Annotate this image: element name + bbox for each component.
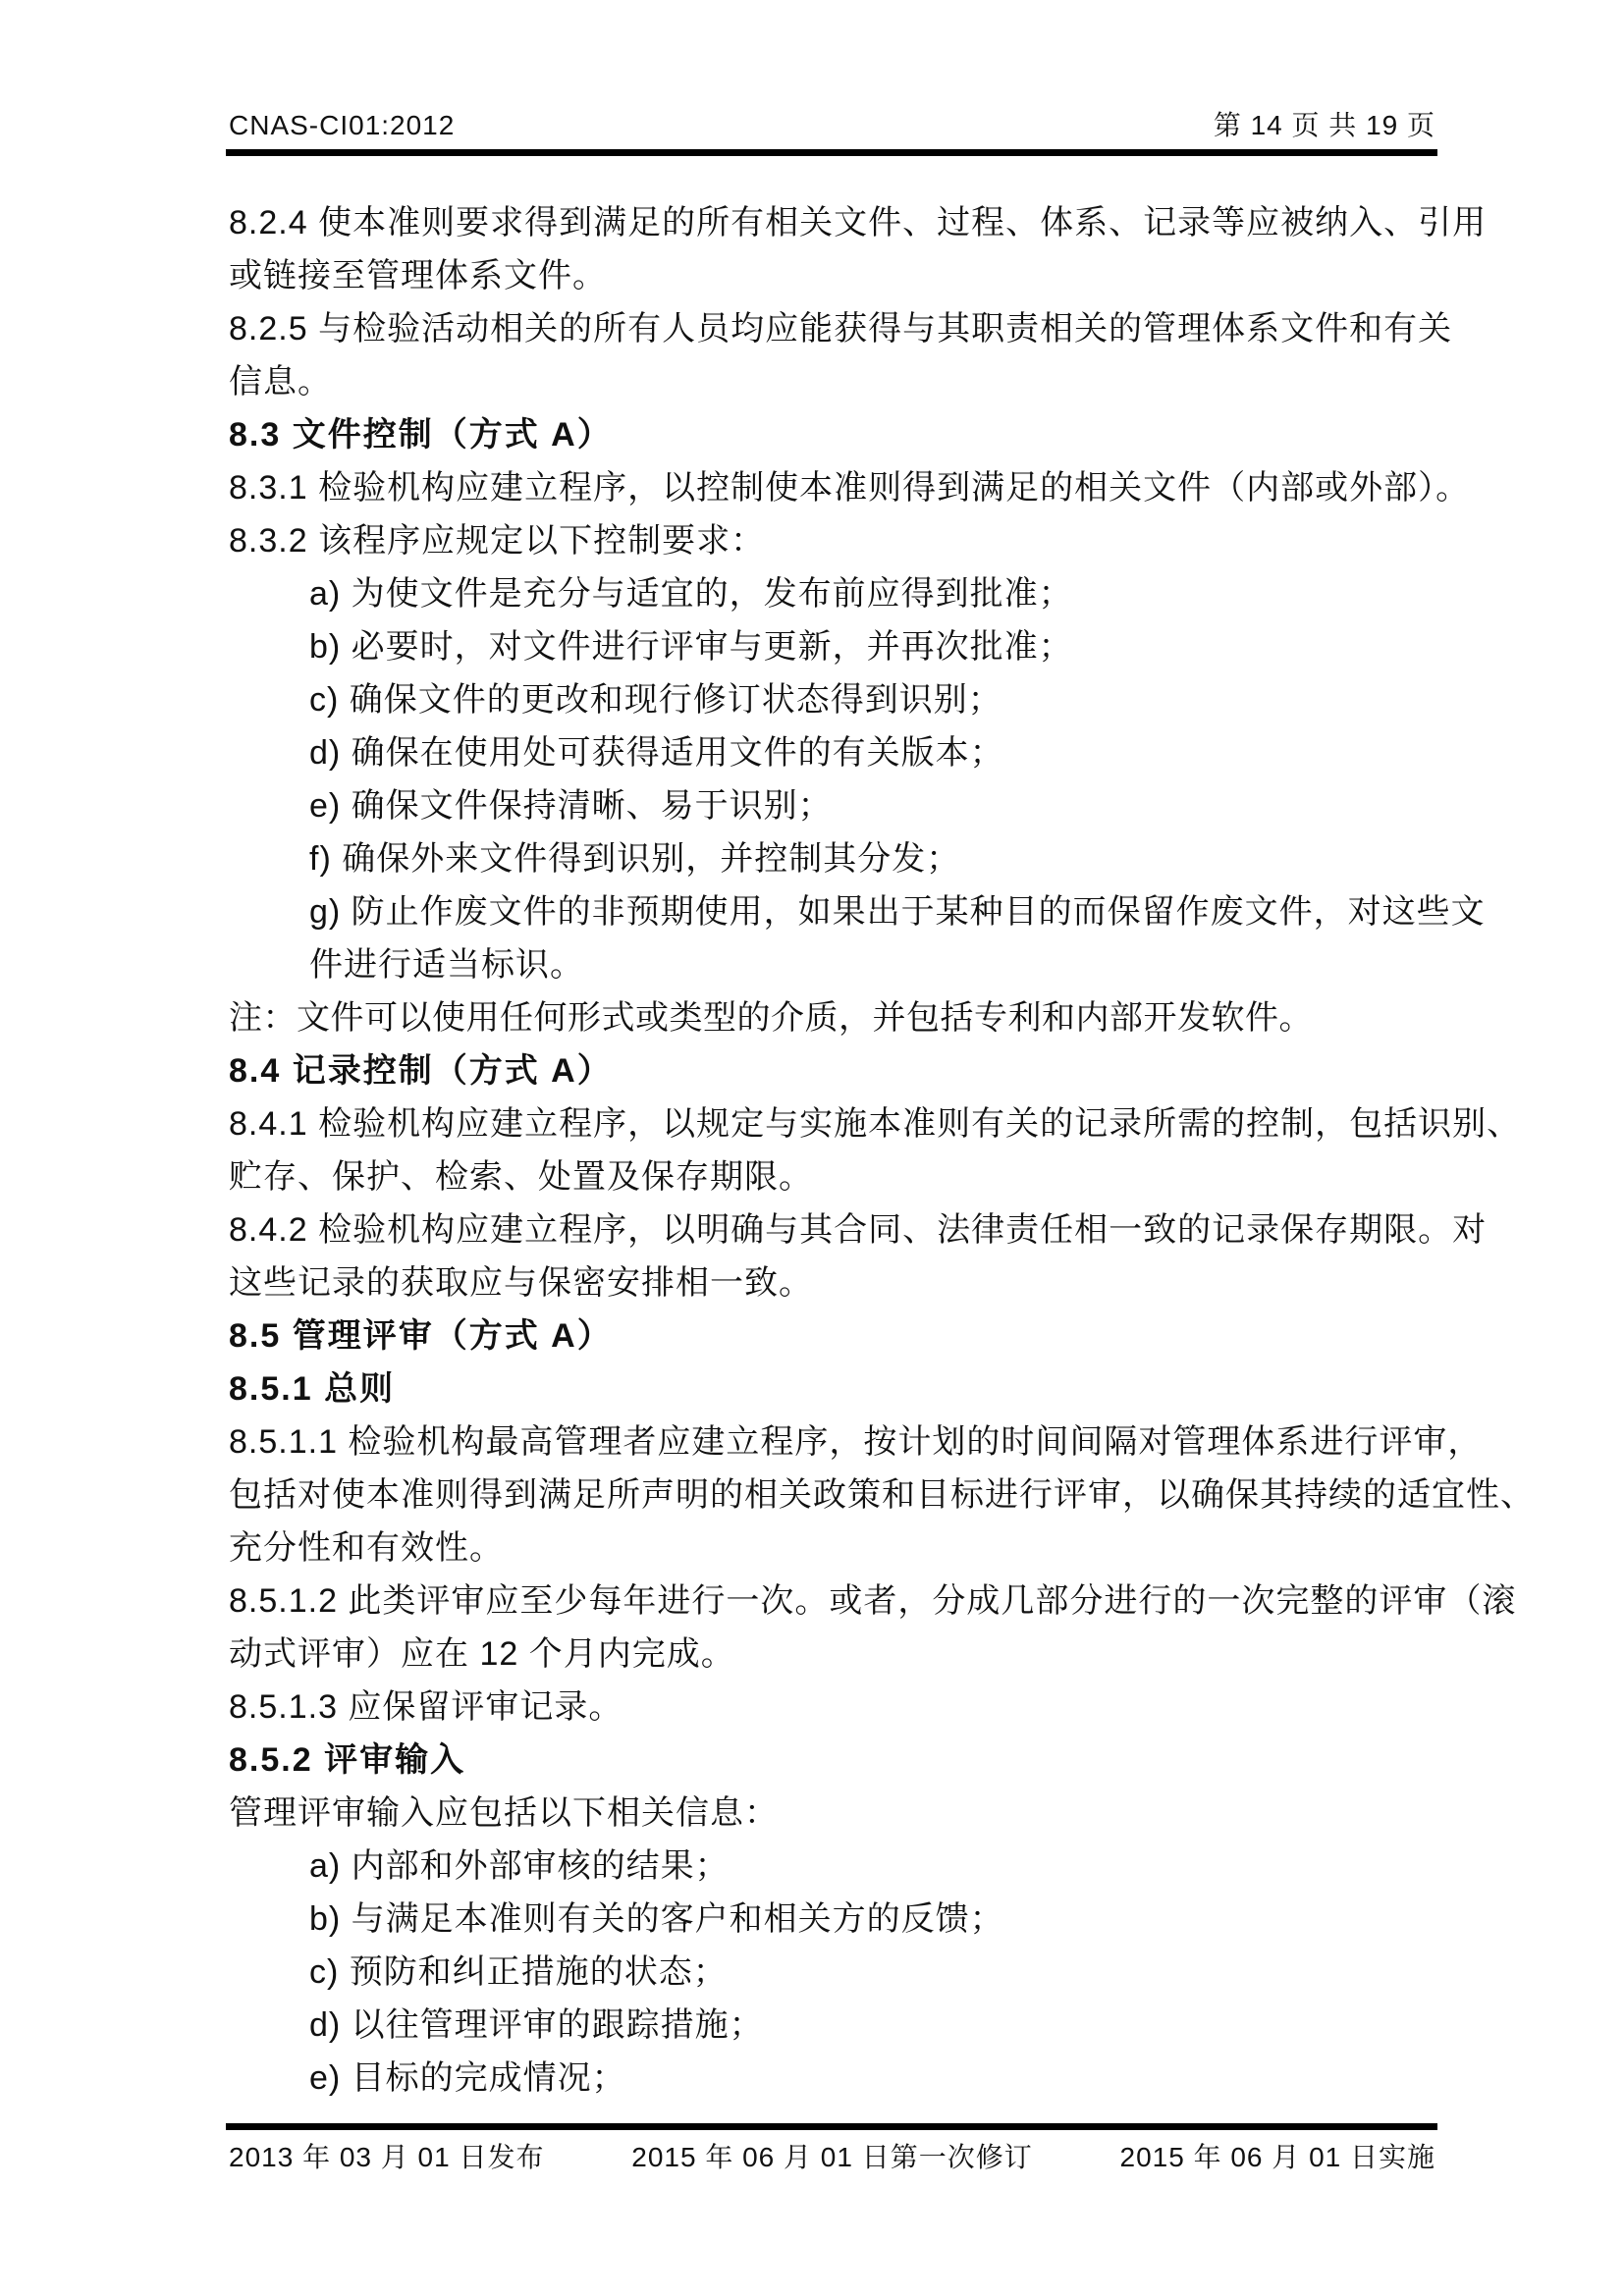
doc-line: b) 必要时，对文件进行评审与更新，并再次批准； (229, 620, 1446, 673)
doc-line: e) 确保文件保持清晰、易于识别； (229, 779, 1446, 832)
doc-line: 8.3.2 该程序应规定以下控制要求： (229, 514, 1446, 567)
doc-line: 或链接至管理体系文件。 (229, 249, 1446, 302)
document-page: CNAS-CI01:2012 第 14 页 共 19 页 8.2.4 使本准则要… (0, 0, 1624, 2296)
footer-revision-date: 2015 年 06 月 01 日第一次修订 (583, 2138, 1080, 2177)
doc-line: 8.5 管理评审（方式 A） (229, 1309, 1446, 1362)
doc-line: c) 确保文件的更改和现行修订状态得到识别； (229, 673, 1446, 726)
doc-line: c) 预防和纠正措施的状态； (229, 1946, 1446, 1999)
doc-line: 8.2.4 使本准则要求得到满足的所有相关文件、过程、体系、记录等应被纳入、引用 (229, 196, 1446, 249)
doc-line: 8.4.1 检验机构应建立程序，以规定与实施本准则有关的记录所需的控制，包括识别… (229, 1097, 1446, 1150)
doc-line: a) 为使文件是充分与适宜的，发布前应得到批准； (229, 567, 1446, 620)
doc-line: 充分性和有效性。 (229, 1522, 1446, 1575)
doc-line: 8.2.5 与检验活动相关的所有人员均应能获得与其职责相关的管理体系文件和有关 (229, 302, 1446, 355)
doc-line: e) 目标的完成情况； (229, 2052, 1446, 2105)
doc-line: d) 确保在使用处可获得适用文件的有关版本； (229, 726, 1446, 779)
header-rule (226, 149, 1437, 156)
doc-line: 8.5.1 总则 (229, 1362, 1446, 1415)
page-indicator: 第 14 页 共 19 页 (1214, 106, 1435, 145)
doc-line: d) 以往管理评审的跟踪措施； (229, 1999, 1446, 2052)
doc-line: 件进行适当标识。 (229, 938, 1446, 991)
doc-line: 8.5.1.3 应保留评审记录。 (229, 1681, 1446, 1734)
doc-line: 管理评审输入应包括以下相关信息： (229, 1787, 1446, 1840)
doc-line: 包括对使本准则得到满足所声明的相关政策和目标进行评审，以确保其持续的适宜性、 (229, 1468, 1446, 1522)
doc-line: f) 确保外来文件得到识别，并控制其分发； (229, 832, 1446, 885)
doc-line: 动式评审）应在 12 个月内完成。 (229, 1628, 1446, 1681)
doc-line: 贮存、保护、检索、处置及保存期限。 (229, 1150, 1446, 1203)
page-footer: 2013 年 03 月 01 日发布 2015 年 06 月 01 日第一次修订… (229, 2138, 1435, 2177)
doc-line: 8.5.1.2 此类评审应至少每年进行一次。或者，分成几部分进行的一次完整的评审… (229, 1575, 1446, 1628)
doc-line: 8.3 文件控制（方式 A） (229, 408, 1446, 461)
doc-line: 注：文件可以使用任何形式或类型的介质，并包括专利和内部开发软件。 (229, 991, 1446, 1044)
doc-line: b) 与满足本准则有关的客户和相关方的反馈； (229, 1893, 1446, 1946)
doc-line: 这些记录的获取应与保密安排相一致。 (229, 1256, 1446, 1309)
document-body: 8.2.4 使本准则要求得到满足的所有相关文件、过程、体系、记录等应被纳入、引用… (229, 196, 1446, 2105)
doc-line: 8.5.1.1 检验机构最高管理者应建立程序，按计划的时间间隔对管理体系进行评审… (229, 1415, 1446, 1468)
footer-publish-date: 2013 年 03 月 01 日发布 (229, 2138, 583, 2177)
doc-line: g) 防止作废文件的非预期使用，如果出于某种目的而保留作废文件，对这些文 (229, 885, 1446, 938)
doc-line: 8.3.1 检验机构应建立程序，以控制使本准则得到满足的相关文件（内部或外部）。 (229, 461, 1446, 514)
footer-rule (226, 2123, 1437, 2130)
doc-line: 信息。 (229, 355, 1446, 408)
page-header: CNAS-CI01:2012 第 14 页 共 19 页 (229, 106, 1435, 145)
doc-code: CNAS-CI01:2012 (229, 106, 455, 145)
doc-line: 8.5.2 评审输入 (229, 1734, 1446, 1787)
doc-line: 8.4.2 检验机构应建立程序，以明确与其合同、法律责任相一致的记录保存期限。对 (229, 1203, 1446, 1256)
footer-effective-date: 2015 年 06 月 01 日实施 (1081, 2138, 1435, 2177)
doc-line: 8.4 记录控制（方式 A） (229, 1044, 1446, 1097)
doc-line: a) 内部和外部审核的结果； (229, 1840, 1446, 1893)
